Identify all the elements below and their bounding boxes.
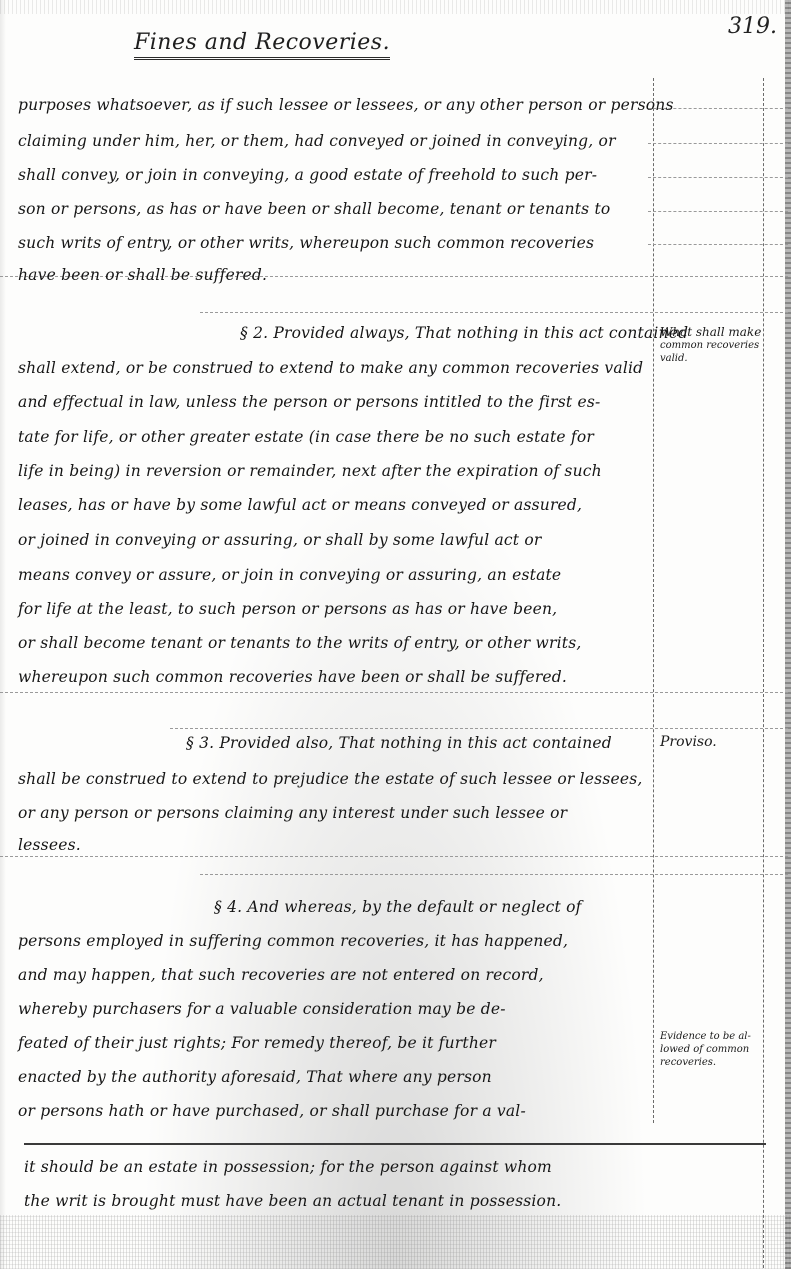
section-heading-line: § 4. And whereas, by the default or negl… (214, 898, 582, 916)
margin-column-rule-left (653, 78, 654, 1123)
text-line: or shall become tenant or tenants to the… (18, 634, 582, 652)
text-line: and effectual in law, unless the person … (18, 393, 600, 411)
footnote-line: the writ is brought must have been an ac… (24, 1192, 561, 1210)
margin-note-line: valid. (660, 352, 770, 365)
text-line: feated of their just rights; For remedy … (18, 1034, 496, 1052)
ruled-line (0, 692, 788, 693)
section-heading-line: § 2. Provided always, That nothing in th… (240, 324, 688, 342)
scan-noise-bottom (0, 1215, 791, 1269)
margin-note-line: recoveries. (660, 1056, 770, 1069)
text-line: means convey or assure, or join in conve… (18, 566, 561, 584)
ruled-line (0, 856, 788, 857)
ruled-line (648, 244, 788, 245)
text-line: or joined in conveying or assuring, or s… (18, 531, 542, 549)
ruled-line (648, 177, 788, 178)
footnote-line: it should be an estate in possession; fo… (24, 1158, 552, 1176)
margin-column-rule-right (763, 78, 764, 1268)
page-edge-shadow (785, 0, 791, 1269)
margin-note-proviso: Proviso. (660, 736, 770, 749)
text-line: shall extend, or be construed to extend … (18, 359, 643, 377)
margin-note-evidence: Evidence to be al- lowed of common recov… (660, 1030, 770, 1069)
margin-note-title: Proviso. (660, 736, 770, 749)
text-line: such writs of entry, or other writs, whe… (18, 234, 594, 252)
text-line: life in being) in reversion or remainder… (18, 462, 602, 480)
text-line: claiming under him, her, or them, had co… (18, 132, 616, 150)
text-line: or any person or persons claiming any in… (18, 804, 567, 822)
text-line: shall be construed to extend to prejudic… (18, 770, 643, 788)
ruled-line (200, 312, 788, 313)
footnote-separator (24, 1143, 766, 1145)
margin-note-line: common recoveries (660, 339, 770, 352)
text-line: leases, has or have by some lawful act o… (18, 496, 582, 514)
text-line: have been or shall be suffered. (18, 266, 267, 284)
text-line: whereupon such common recoveries have be… (18, 668, 567, 686)
margin-note-title: What shall make (660, 326, 770, 339)
section-heading-line: § 3. Provided also, That nothing in this… (186, 734, 612, 752)
text-line: purposes whatsoever, as if such lessee o… (18, 96, 674, 114)
text-line: shall convey, or join in conveying, a go… (18, 166, 597, 184)
text-line: enacted by the authority aforesaid, That… (18, 1068, 492, 1086)
ruled-line (648, 211, 788, 212)
text-line: persons employed in suffering common rec… (18, 932, 568, 950)
margin-note-line: Evidence to be al- (660, 1030, 770, 1043)
ruled-line (200, 874, 788, 875)
ruled-line (170, 728, 788, 729)
text-line: lessees. (18, 836, 81, 854)
scan-noise-top (0, 0, 791, 14)
margin-note-line: lowed of common (660, 1043, 770, 1056)
margin-note-valid-recoveries: What shall make common recoveries valid. (660, 326, 770, 365)
text-line: tate for life, or other greater estate (… (18, 428, 594, 446)
text-line: or persons hath or have purchased, or sh… (18, 1102, 526, 1120)
ruled-line (648, 143, 788, 144)
manuscript-page: 319. Fines and Recoveries. purposes what… (0, 0, 791, 1269)
text-line: whereby purchasers for a valuable consid… (18, 1000, 506, 1018)
page-title: Fines and Recoveries. (134, 30, 390, 60)
text-line: for life at the least, to such person or… (18, 600, 557, 618)
text-line: and may happen, that such recoveries are… (18, 966, 544, 984)
text-line: son or persons, as has or have been or s… (18, 200, 610, 218)
page-number: 319. (728, 14, 777, 39)
